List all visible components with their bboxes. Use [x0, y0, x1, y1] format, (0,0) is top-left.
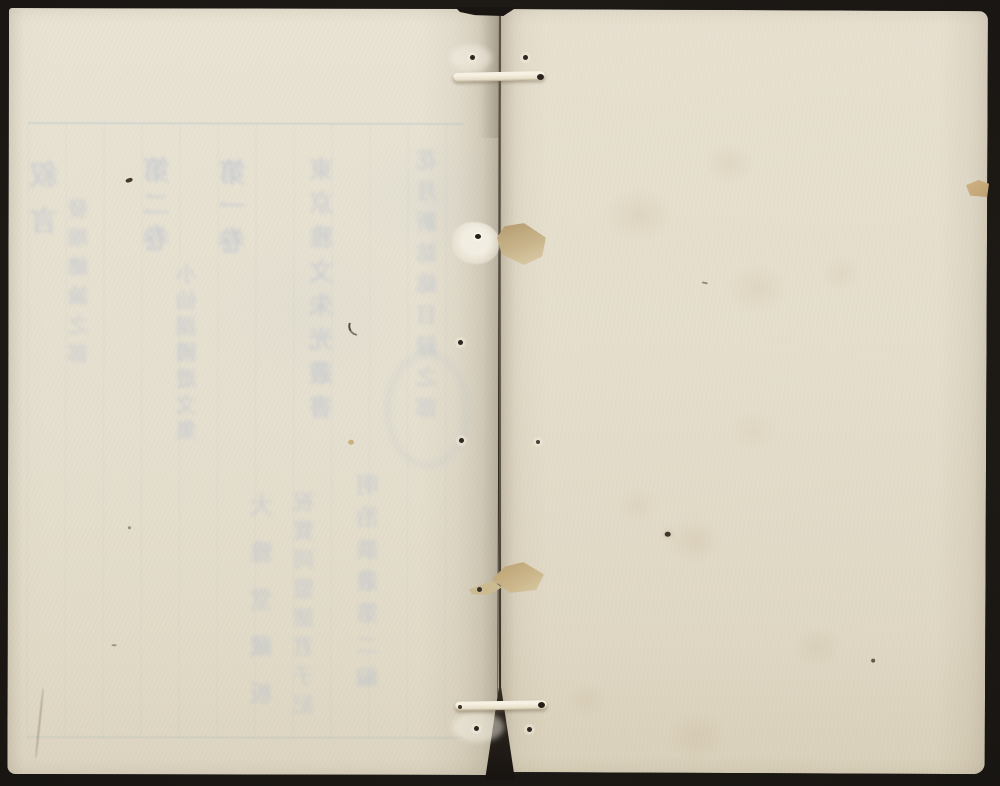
needle-hole — [527, 727, 532, 732]
bleedthrough-column: 第二卷 — [145, 156, 179, 266]
scanner-background: { "document": { "kind": "scanned book sp… — [0, 0, 1000, 786]
wormhole — [536, 440, 540, 444]
ink-speck — [128, 526, 131, 529]
needle-hole — [474, 726, 479, 731]
ink-speck — [665, 532, 671, 537]
binding-thread-top — [453, 71, 545, 82]
bleedthrough-column: 發端總論之部 — [69, 198, 96, 398]
scan-canvas: 花月新誌総目録之部 東京雅文朱光叢書 第一卷 第二卷 小仙湖國遊文集 叙言 發端… — [0, 0, 1000, 786]
needle-hole — [537, 74, 544, 80]
ink-speck — [112, 644, 117, 646]
bleedthrough-column: 祝賀同盟諸君子記 — [294, 491, 323, 741]
needle-hole — [523, 55, 528, 60]
left-page: 花月新誌総目録之部 東京雅文朱光叢書 第一卷 第二卷 小仙湖國遊文集 叙言 發端… — [7, 8, 499, 775]
bleedthrough-column: 東京雅文朱光叢書 — [311, 157, 343, 447]
needle-hole — [458, 705, 462, 709]
bleedthrough-column: 明治談叢第二編 — [359, 474, 389, 719]
needle-hole — [470, 55, 475, 60]
foxing-spot — [348, 440, 354, 445]
bleedthrough-column: 叙言 — [31, 160, 66, 260]
binding-thread-bottom — [455, 700, 547, 710]
wormhole — [458, 340, 463, 345]
bleedthrough-column: 花月新誌総目録之部 — [417, 149, 446, 449]
bleedthrough-column: 第一卷 — [221, 158, 255, 268]
wormhole — [459, 438, 464, 443]
right-page — [498, 9, 988, 774]
paper-repair-patch — [452, 222, 500, 264]
bleedthrough-column: 大雅堂藏板 — [252, 494, 283, 749]
ink-speck — [702, 281, 708, 284]
needle-hole — [538, 702, 545, 708]
ink-speck — [477, 587, 482, 592]
ink-speck — [871, 659, 875, 663]
wormhole — [475, 234, 481, 239]
gutter-seam-line — [499, 12, 501, 772]
bleedthrough-column: 小仙湖國遊文集 — [177, 263, 205, 463]
